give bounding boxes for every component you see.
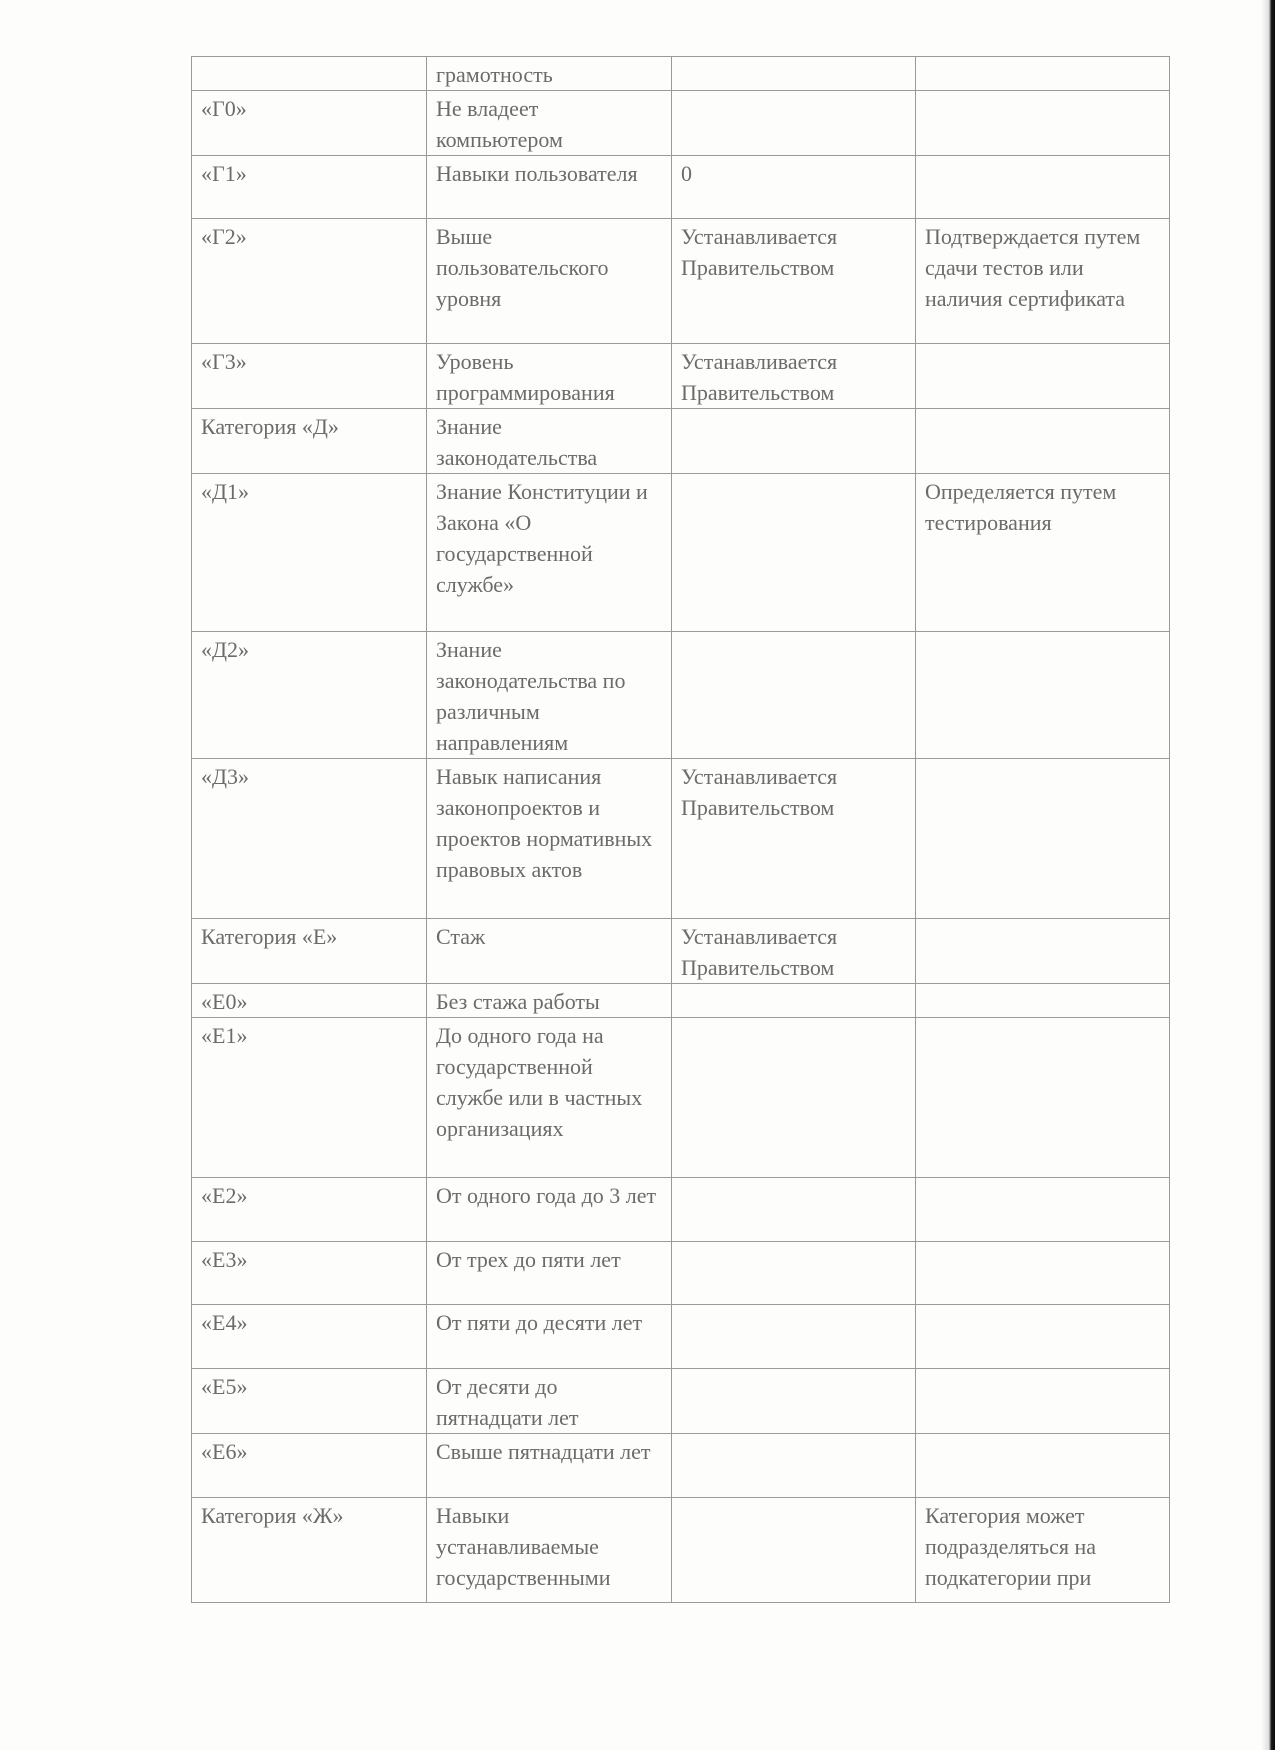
value-cell: Устанавливается Правительством [672,219,916,344]
table-row: Категория «Е» Стаж Устанавливается Прави… [192,919,1170,984]
table-row: Категория «Ж» Навыки устанавливаемые гос… [192,1498,1170,1603]
scan-page-edge [1269,0,1275,1750]
category-code-cell: «Е2» [192,1178,427,1242]
category-code-cell [192,57,427,91]
value-cell [672,1305,916,1369]
description-cell: От десяти до пятнадцати лет [427,1369,672,1434]
table-row: «Е3» От трех до пяти лет [192,1242,1170,1305]
note-cell [916,632,1170,759]
description-cell: Знание законодательства [427,409,672,474]
table-row: «Е6» Свыше пятнадцати лет [192,1434,1170,1498]
table-row: «Е4» От пяти до десяти лет [192,1305,1170,1369]
description-cell: Знание Конституции и Закона «О государст… [427,474,672,632]
value-cell [672,409,916,474]
value-cell [672,1434,916,1498]
category-code-cell: «Е6» [192,1434,427,1498]
description-cell: Без стажа работы [427,984,672,1018]
category-code-cell: «Г0» [192,91,427,156]
scan-edge-shadow [1261,0,1269,1750]
note-cell [916,1369,1170,1434]
description-cell: Выше пользовательского уровня [427,219,672,344]
table-row: грамотность [192,57,1170,91]
value-cell [672,474,916,632]
value-cell [672,57,916,91]
value-cell [672,1498,916,1603]
description-cell: Не владеет компьютером [427,91,672,156]
category-code-cell: Категория «Е» [192,919,427,984]
note-cell [916,1434,1170,1498]
description-cell: От пяти до десяти лет [427,1305,672,1369]
table-row: «Е5» От десяти до пятнадцати лет [192,1369,1170,1434]
table-row: «Г3» Уровень программирования Устанавлив… [192,344,1170,409]
table-row: «Г2» Выше пользовательского уровня Устан… [192,219,1170,344]
table-row: «Г0» Не владеет компьютером [192,91,1170,156]
qualification-table: грамотность «Г0» Не владеет компьютером … [191,56,1170,1603]
description-cell: Навыки устанавливаемые государственными [427,1498,672,1603]
category-code-cell: «Г3» [192,344,427,409]
category-code-cell: «Е3» [192,1242,427,1305]
note-cell [916,91,1170,156]
note-cell: Определяется путем тестирования [916,474,1170,632]
description-cell: Уровень программирования [427,344,672,409]
description-cell: От одного года до 3 лет [427,1178,672,1242]
description-cell: Знание законодательства по различным нап… [427,632,672,759]
value-cell: Устанавливается Правительством [672,919,916,984]
note-cell [916,1305,1170,1369]
value-cell [672,1018,916,1178]
note-cell: Категория может подразделяться на подкат… [916,1498,1170,1603]
description-cell: Стаж [427,919,672,984]
description-cell: От трех до пяти лет [427,1242,672,1305]
category-code-cell: Категория «Ж» [192,1498,427,1603]
table-row: Категория «Д» Знание законодательства [192,409,1170,474]
value-cell: Устанавливается Правительством [672,759,916,919]
table-row: «Е1» До одного года на государственной с… [192,1018,1170,1178]
category-code-cell: «Д2» [192,632,427,759]
description-cell: Навыки пользователя [427,156,672,219]
category-code-cell: «Е1» [192,1018,427,1178]
value-cell: 0 [672,156,916,219]
value-cell [672,1369,916,1434]
table-row: «Е2» От одного года до 3 лет [192,1178,1170,1242]
category-code-cell: «Д1» [192,474,427,632]
note-cell [916,156,1170,219]
description-cell: До одного года на государственной службе… [427,1018,672,1178]
value-cell [672,91,916,156]
note-cell [916,984,1170,1018]
note-cell [916,759,1170,919]
table-row: «Д2» Знание законодательства по различны… [192,632,1170,759]
value-cell: Устанавливается Правительством [672,344,916,409]
description-cell: грамотность [427,57,672,91]
value-cell [672,1178,916,1242]
category-code-cell: «Г1» [192,156,427,219]
category-code-cell: «Д3» [192,759,427,919]
category-code-cell: «Г2» [192,219,427,344]
note-cell [916,57,1170,91]
description-cell: Свыше пятнадцати лет [427,1434,672,1498]
table-row: «Е0» Без стажа работы [192,984,1170,1018]
note-cell [916,344,1170,409]
value-cell [672,632,916,759]
note-cell [916,1242,1170,1305]
value-cell [672,984,916,1018]
table-body: грамотность «Г0» Не владеет компьютером … [192,57,1170,1603]
note-cell [916,1018,1170,1178]
note-cell: Подтверждается путем сдачи тестов или на… [916,219,1170,344]
table-row: «Д3» Навык написания законопроектов и пр… [192,759,1170,919]
table-row: «Г1» Навыки пользователя 0 [192,156,1170,219]
category-code-cell: «Е4» [192,1305,427,1369]
note-cell [916,1178,1170,1242]
table-row: «Д1» Знание Конституции и Закона «О госу… [192,474,1170,632]
note-cell [916,409,1170,474]
value-cell [672,1242,916,1305]
note-cell [916,919,1170,984]
category-code-cell: Категория «Д» [192,409,427,474]
description-cell: Навык написания законопроектов и проекто… [427,759,672,919]
category-code-cell: «Е5» [192,1369,427,1434]
category-code-cell: «Е0» [192,984,427,1018]
